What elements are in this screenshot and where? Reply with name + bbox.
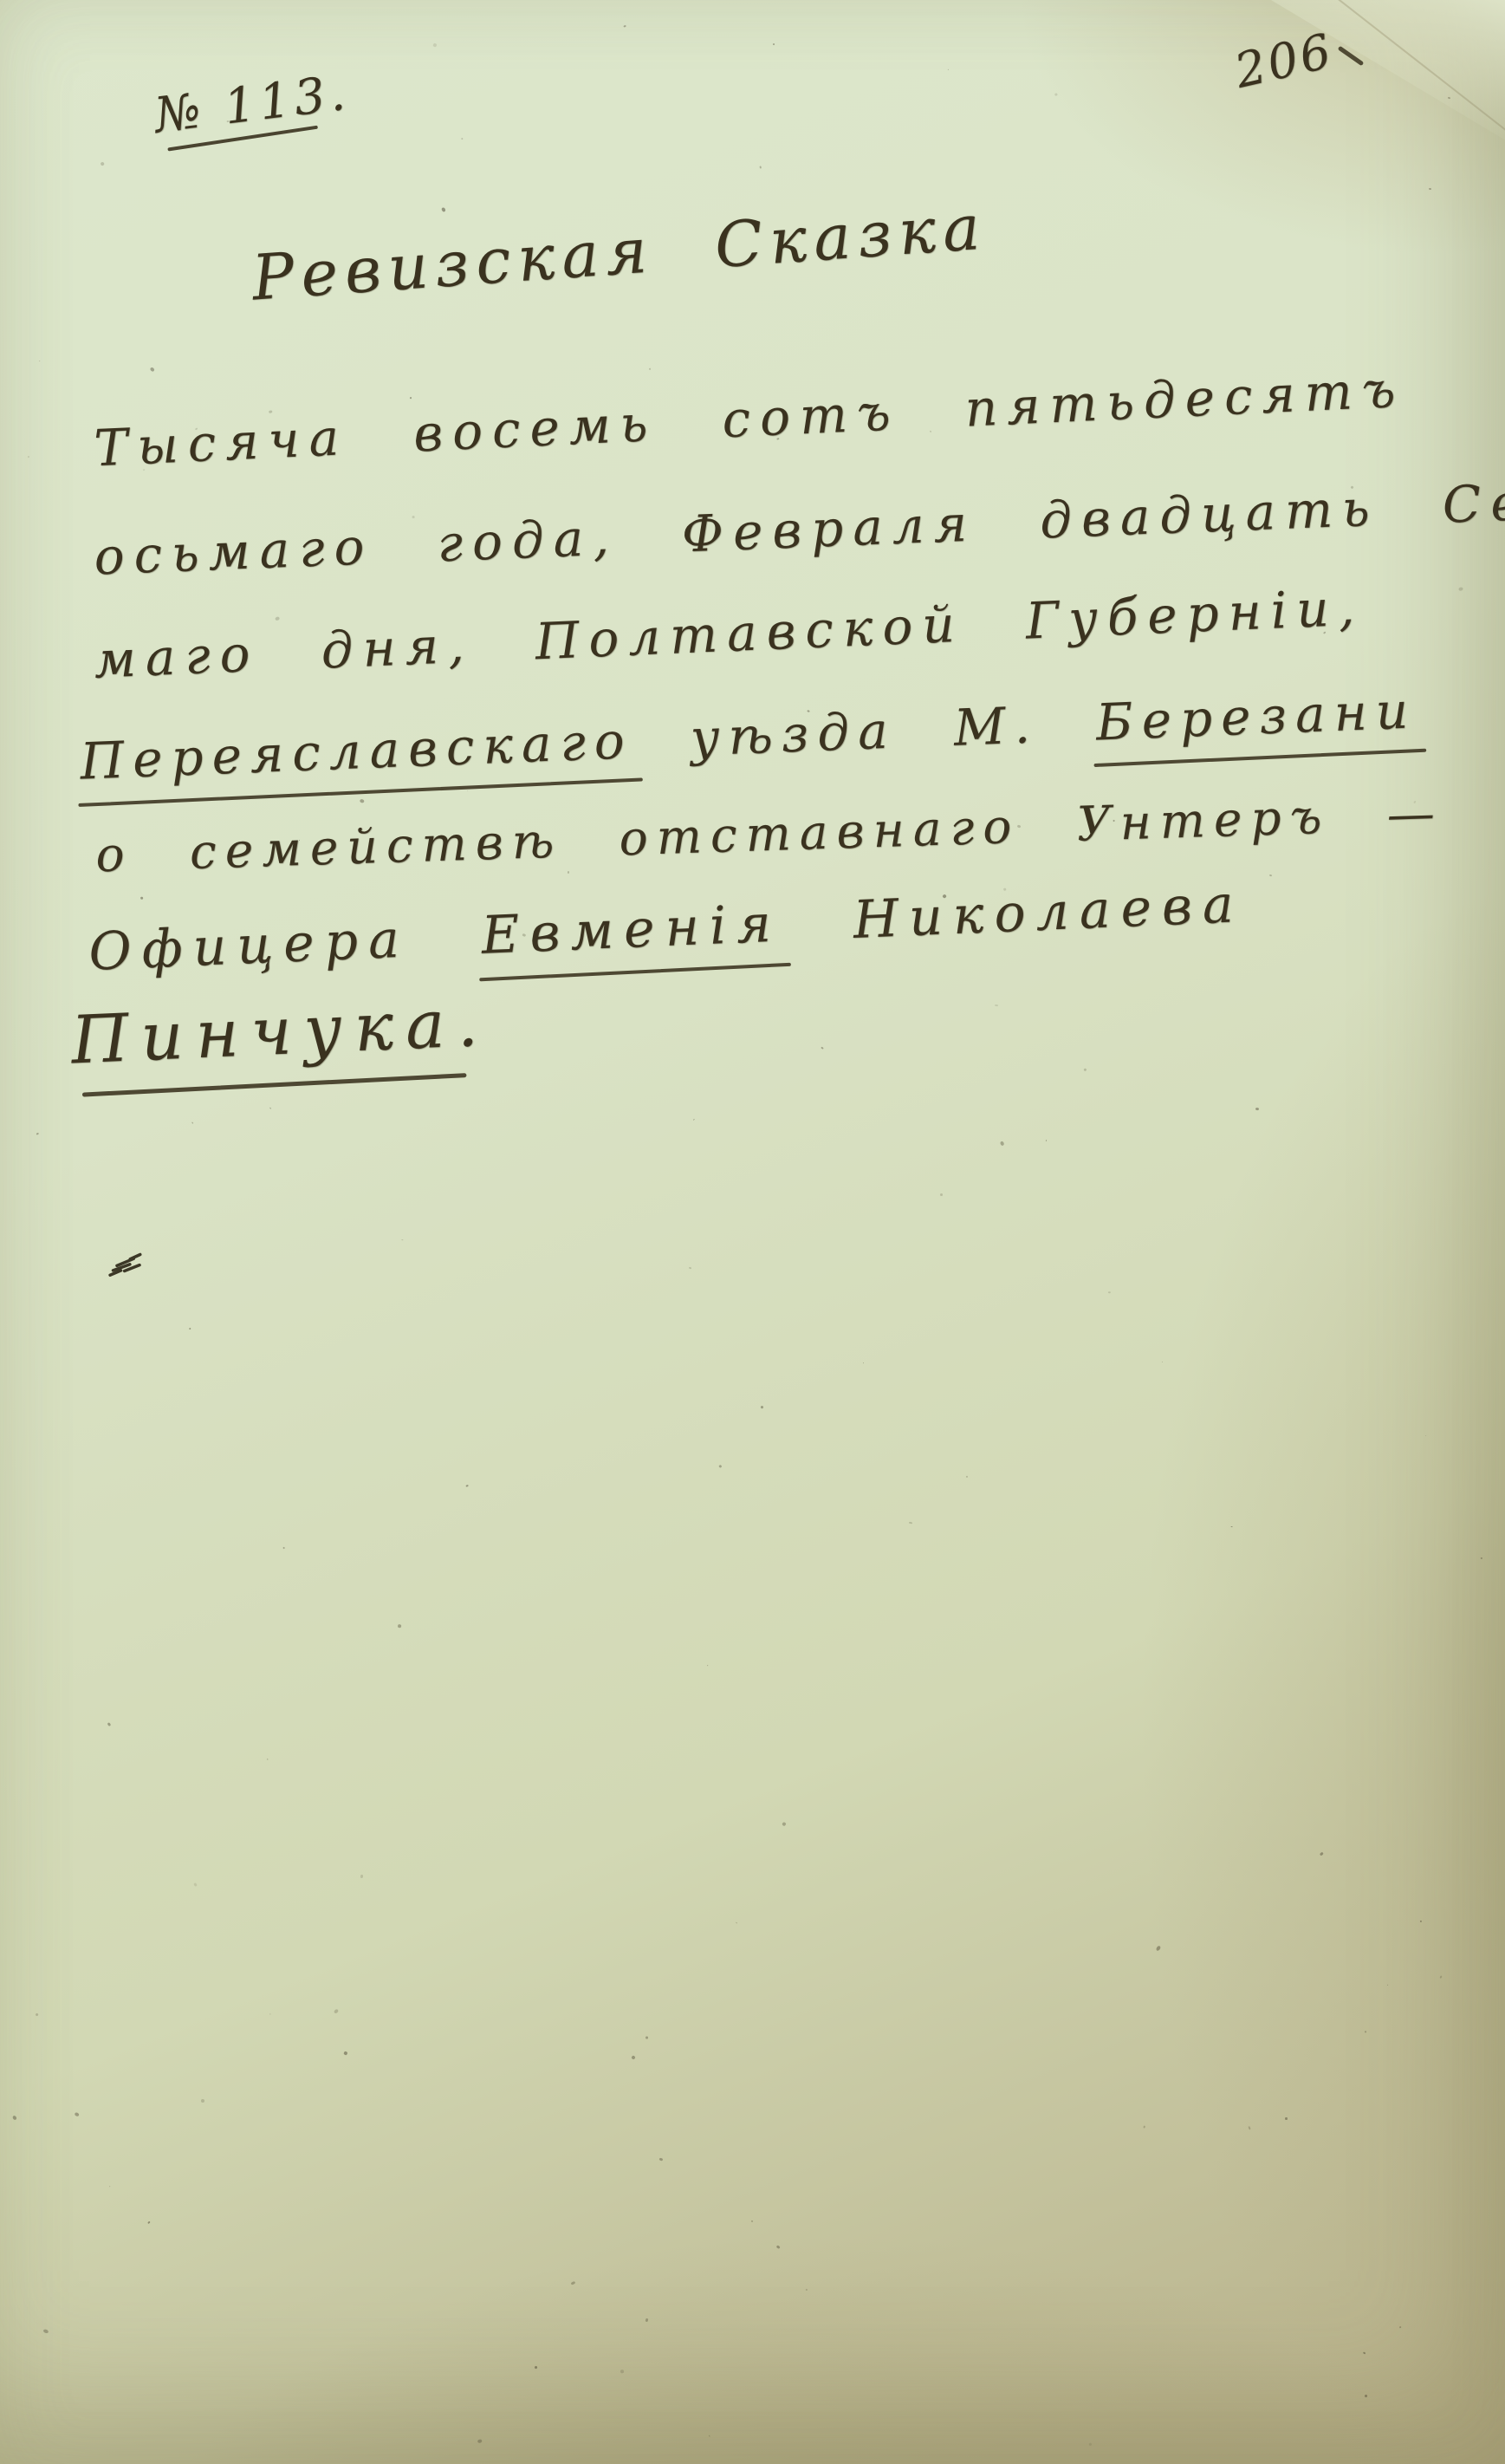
paper-speck bbox=[1448, 97, 1451, 100]
paper-speck bbox=[1155, 1945, 1161, 1951]
text-segment: осьмаго года, Февраля двадцать Седь bbox=[93, 469, 1505, 586]
paper-speck bbox=[12, 2115, 17, 2120]
paper-speck bbox=[693, 1119, 695, 1121]
paper-speck bbox=[966, 1476, 968, 1478]
text-segment: Офицера bbox=[88, 906, 483, 983]
paper-speck bbox=[39, 361, 40, 361]
paper-speck bbox=[995, 1004, 998, 1007]
paper-speck bbox=[100, 162, 105, 167]
paper-speck bbox=[147, 2220, 150, 2223]
text-line-1: Тысяча восемь сотъ пятьдесятъ bbox=[93, 362, 1405, 477]
paper-speck bbox=[760, 166, 762, 169]
paper-speck bbox=[282, 1547, 284, 1549]
text-segment-underlined: Березани bbox=[1095, 680, 1418, 751]
text-line-7: Пинчука. bbox=[69, 985, 491, 1076]
text-segment-underlined: Пинчука. bbox=[69, 983, 491, 1078]
paper-speck bbox=[1364, 2031, 1366, 2033]
paper-speck bbox=[74, 2112, 79, 2117]
paper-speck bbox=[646, 2036, 649, 2039]
paper-speck bbox=[193, 1882, 198, 1887]
paper-speck bbox=[334, 2009, 339, 2014]
paper-speck bbox=[189, 1328, 191, 1330]
paper-speck bbox=[1398, 2326, 1401, 2328]
paper-speck bbox=[1362, 2351, 1366, 2355]
paper-speck bbox=[1088, 2443, 1092, 2447]
page-number: 206 bbox=[1230, 24, 1339, 98]
paper-speck bbox=[782, 1822, 786, 1826]
paper-speck bbox=[43, 2329, 49, 2334]
paper-speck bbox=[1107, 1291, 1110, 1293]
ink-smudge bbox=[102, 1244, 154, 1287]
paper-speck bbox=[1143, 2125, 1145, 2129]
paper-speck bbox=[191, 1121, 193, 1123]
paper-speck bbox=[1439, 1975, 1443, 1979]
paper-speck bbox=[568, 871, 570, 874]
text-segment: Николаева bbox=[780, 874, 1245, 953]
paper-speck bbox=[688, 1266, 691, 1269]
paper-speck bbox=[397, 1624, 401, 1629]
paper-speck bbox=[461, 138, 464, 140]
text-segment: уѣзда М. bbox=[632, 693, 1097, 770]
paper-speck bbox=[773, 43, 775, 46]
paper-speck bbox=[1458, 587, 1463, 591]
paper-speck bbox=[1231, 1526, 1233, 1528]
paper-speck bbox=[269, 2013, 270, 2015]
text-segment-underlined: Переяславскаго bbox=[79, 711, 634, 790]
paper-speck bbox=[466, 1484, 470, 1486]
paper-speck bbox=[939, 1193, 943, 1196]
text-segment: о семействѣ отставнаго Унтеръ — bbox=[94, 785, 1443, 883]
paper-speck bbox=[1424, 1435, 1426, 1437]
document-number: № 113. bbox=[152, 66, 352, 143]
paper-speck bbox=[1481, 1557, 1483, 1559]
text-line-5: о семействѣ отставнаго Унтеръ — bbox=[94, 787, 1443, 881]
paper-speck bbox=[1162, 1362, 1163, 1362]
paper-speck bbox=[761, 1406, 764, 1409]
paper-speck bbox=[1285, 2116, 1288, 2119]
paper-speck bbox=[109, 2186, 111, 2188]
paper-speck bbox=[274, 616, 279, 621]
paper-speck bbox=[620, 2370, 624, 2373]
paper-speck bbox=[659, 2157, 663, 2161]
paper-speck bbox=[645, 2318, 648, 2323]
paper-speck bbox=[624, 24, 627, 27]
paper-speck bbox=[201, 2099, 204, 2103]
document-page: № 113. 206 Ревизская Сказка Тысяча восем… bbox=[0, 0, 1505, 2464]
paper-speck bbox=[467, 790, 469, 792]
paper-speck bbox=[821, 1047, 824, 1050]
paper-speck bbox=[776, 2246, 781, 2249]
paper-speck bbox=[534, 2366, 537, 2370]
paper-speck bbox=[718, 1465, 722, 1468]
paper-speck bbox=[140, 896, 144, 899]
text-segment: Тысяча восемь сотъ пятьдесятъ bbox=[93, 360, 1405, 478]
paper-speck bbox=[360, 799, 364, 803]
paper-speck bbox=[150, 367, 155, 373]
paper-speck bbox=[631, 2055, 636, 2060]
paper-speck bbox=[477, 2439, 483, 2443]
paper-speck bbox=[1364, 2394, 1367, 2397]
paper-speck bbox=[948, 69, 949, 70]
paper-speck bbox=[736, 1921, 737, 1923]
paper-speck bbox=[1248, 2126, 1250, 2129]
paper-speck bbox=[1320, 1852, 1324, 1856]
paper-speck bbox=[1046, 1140, 1048, 1141]
text-segment: маго дня, Полтавской Губерніи, bbox=[93, 577, 1365, 689]
paper-speck bbox=[863, 1362, 864, 1364]
paper-speck bbox=[402, 1239, 404, 1240]
text-line-4: Переяславскаго уѣзда М. Березани bbox=[79, 683, 1417, 790]
paper-speck bbox=[806, 2289, 808, 2292]
text-line-6: Офицера Евменія Николаева bbox=[88, 875, 1245, 981]
paper-speck bbox=[269, 1108, 271, 1109]
paper-speck bbox=[36, 2013, 39, 2018]
paper-speck bbox=[908, 1521, 911, 1524]
paper-speck bbox=[266, 1758, 268, 1759]
paper-speck bbox=[343, 2051, 347, 2056]
text-line-3: маго дня, Полтавской Губерніи, bbox=[93, 580, 1365, 688]
paper-speck bbox=[709, 2435, 710, 2437]
document-title: Ревизская Сказка bbox=[250, 192, 989, 312]
paper-speck bbox=[36, 1132, 38, 1134]
paper-speck bbox=[1268, 874, 1271, 877]
paper-speck bbox=[107, 1722, 111, 1726]
paper-speck bbox=[571, 2281, 576, 2285]
paper-speck bbox=[1000, 1141, 1004, 1147]
paper-speck bbox=[1083, 1068, 1087, 1071]
text-line-2: осьмаго года, Февраля двадцать Седь bbox=[93, 471, 1505, 585]
paper-speck bbox=[360, 1875, 363, 1879]
paper-speck bbox=[432, 42, 437, 47]
paper-speck bbox=[409, 397, 412, 400]
paper-speck bbox=[1387, 1985, 1389, 1986]
paper-speck bbox=[441, 207, 446, 213]
pen-stroke-mark bbox=[1338, 46, 1365, 67]
paper-speck bbox=[707, 1665, 709, 1667]
paper-speck bbox=[1054, 94, 1058, 96]
paper-speck bbox=[27, 456, 29, 458]
paper-speck bbox=[1420, 1921, 1422, 1922]
text-segment-underlined: Евменія bbox=[480, 893, 782, 965]
paper-speck bbox=[751, 2220, 754, 2223]
paper-speck bbox=[1429, 188, 1431, 190]
paper-speck bbox=[649, 367, 652, 370]
paper-speck bbox=[1255, 1108, 1258, 1111]
paper-crease-line bbox=[1335, 0, 1505, 132]
